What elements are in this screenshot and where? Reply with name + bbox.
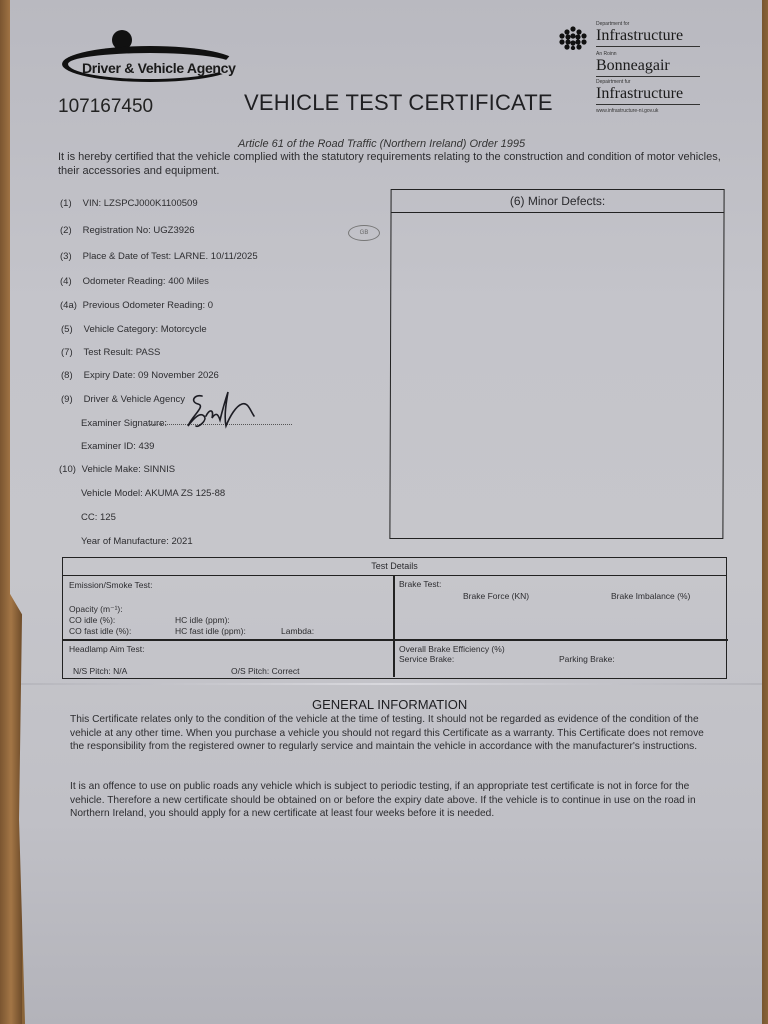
field-num: (7) xyxy=(61,347,81,358)
field-num: (1) xyxy=(60,198,80,209)
dfi-rule xyxy=(596,76,700,77)
brake-heading: Brake Test: xyxy=(399,579,441,589)
field-label: Year of Manufacture: xyxy=(81,536,169,547)
field-odometer: (4) Odometer Reading: 400 Miles xyxy=(60,276,209,287)
field-value: SINNIS xyxy=(143,464,175,475)
field-cc: CC: 125 xyxy=(81,512,116,523)
general-information-heading: GENERAL INFORMATION xyxy=(312,697,467,712)
os-pitch: O/S Pitch: Correct xyxy=(231,666,300,676)
field-value: 125 xyxy=(100,512,116,523)
dva-logo-text: Driver & Vehicle Agency xyxy=(82,60,236,76)
opacity-label: Opacity (m⁻¹): xyxy=(69,604,123,615)
headlamp-heading: Headlamp Aim Test: xyxy=(69,644,144,654)
divider xyxy=(393,575,395,677)
field-label: Vehicle Category: xyxy=(84,324,158,335)
dfi-logo-big-2: Bonneagair xyxy=(596,57,700,75)
lambda-label: Lambda: xyxy=(281,626,314,636)
general-information-paragraph-2: It is an offence to use on public roads … xyxy=(70,780,720,821)
field-value: Motorcycle xyxy=(161,324,207,335)
field-value: 2021 xyxy=(171,536,192,547)
emission-heading: Emission/Smoke Test: xyxy=(69,580,152,590)
ns-pitch: N/S Pitch: N/A xyxy=(73,666,127,676)
efficiency-heading: Overall Brake Efficiency (%) xyxy=(399,644,505,654)
dfi-website: www.infrastructure-ni.gov.uk xyxy=(596,108,700,114)
certificate-number: 107167450 xyxy=(58,96,153,118)
hc-fast-idle-label: HC fast idle (ppm): xyxy=(175,626,246,636)
test-details-heading: Test Details xyxy=(63,558,726,576)
hc-idle-label: HC idle (ppm): xyxy=(175,615,230,625)
field-year: Year of Manufacture: 2021 xyxy=(81,536,193,547)
field-label: CC: xyxy=(81,512,97,523)
field-value: 0 xyxy=(208,300,213,311)
field-vin: (1) VIN: LZSPCJ000K1100509 xyxy=(60,198,198,209)
minor-defects-heading: (6) Minor Defects: xyxy=(392,190,724,213)
field-label: Odometer Reading: xyxy=(83,276,166,287)
service-brake-label: Service Brake: xyxy=(399,654,454,664)
field-num: (10) xyxy=(59,464,79,475)
page-title: VEHICLE TEST CERTIFICATE xyxy=(244,90,553,116)
field-num: (5) xyxy=(61,324,81,335)
field-category: (5) Vehicle Category: Motorcycle xyxy=(61,324,207,335)
field-label: Examiner ID: xyxy=(81,441,136,452)
field-test-result: (7) Test Result: PASS xyxy=(61,347,160,358)
field-value: UGZ3926 xyxy=(153,225,194,236)
field-num: (9) xyxy=(61,394,81,405)
co-idle-label: CO idle (%): xyxy=(69,615,115,625)
test-details-table: Test Details Emission/Smoke Test: Opacit… xyxy=(62,557,727,679)
field-agency: (9) Driver & Vehicle Agency xyxy=(61,394,185,405)
field-value: LARNE. 10/11/2025 xyxy=(174,251,258,262)
co-fast-idle-label: CO fast idle (%): xyxy=(69,626,131,636)
field-num: (3) xyxy=(60,251,80,262)
minor-defects-box: (6) Minor Defects: xyxy=(389,189,724,539)
brake-force-label: Brake Force (KN) xyxy=(463,591,529,601)
field-label: Previous Odometer Reading: xyxy=(83,300,206,311)
legal-article: Article 61 of the Road Traffic (Northern… xyxy=(238,138,525,150)
dfi-logo: Department for Infrastructure An Roinn B… xyxy=(596,21,700,114)
dfi-rule xyxy=(596,46,700,47)
field-make: (10) Vehicle Make: SINNIS xyxy=(59,464,175,475)
field-label: Driver & Vehicle Agency xyxy=(84,394,185,405)
field-num: (4) xyxy=(60,276,80,287)
field-value: PASS xyxy=(136,347,161,358)
field-label: Vehicle Model: xyxy=(81,488,143,499)
signature-icon xyxy=(184,386,264,432)
field-examiner-id: Examiner ID: 439 xyxy=(81,441,154,452)
field-num: (2) xyxy=(60,225,80,236)
field-value: LZSPCJ000K1100509 xyxy=(104,198,198,209)
country-badge: GB xyxy=(348,225,380,241)
dfi-rule xyxy=(596,104,700,105)
parking-brake-label: Parking Brake: xyxy=(559,654,615,664)
field-label: Vehicle Make: xyxy=(82,464,141,475)
field-num: (8) xyxy=(61,370,81,381)
field-label: Registration No: xyxy=(83,225,151,236)
field-place-date: (3) Place & Date of Test: LARNE. 10/11/2… xyxy=(60,251,258,262)
field-value: 09 November 2026 xyxy=(138,370,219,381)
dfi-logo-dots-icon xyxy=(559,26,587,50)
dfi-logo-big-3: Infrastructure xyxy=(596,85,700,103)
certification-statement: It is hereby certified that the vehicle … xyxy=(58,150,728,178)
field-label: Place & Date of Test: xyxy=(83,251,172,262)
field-num: (4a) xyxy=(60,300,80,311)
field-registration: (2) Registration No: UGZ3926 xyxy=(60,225,195,236)
field-value: 400 Miles xyxy=(168,276,209,287)
field-model: Vehicle Model: AKUMA ZS 125-88 xyxy=(81,488,225,499)
divider xyxy=(63,639,728,641)
field-label: Expiry Date: xyxy=(84,370,136,381)
general-information-paragraph-1: This Certificate relates only to the con… xyxy=(70,713,720,754)
dfi-logo-big-1: Infrastructure xyxy=(596,27,700,45)
brake-imbalance-label: Brake Imbalance (%) xyxy=(611,591,690,601)
field-label: Test Result: xyxy=(83,347,133,358)
field-label: VIN: xyxy=(83,198,101,209)
field-value: AKUMA ZS 125-88 xyxy=(145,488,225,499)
field-expiry: (8) Expiry Date: 09 November 2026 xyxy=(61,370,219,381)
field-prev-odometer: (4a) Previous Odometer Reading: 0 xyxy=(60,300,213,311)
field-value: 439 xyxy=(139,441,155,452)
